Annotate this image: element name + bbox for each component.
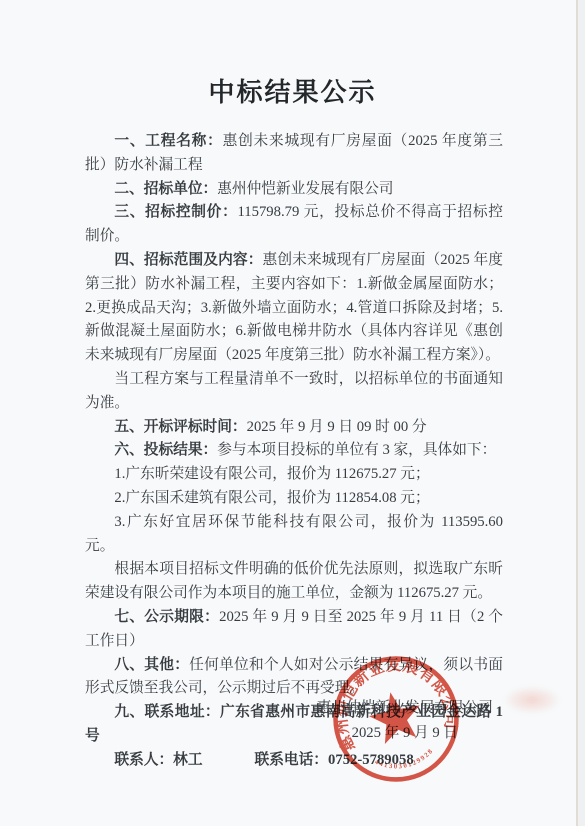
bidder-2: 2.广东国禾建筑有限公司，报价为 112854.08 元； — [85, 487, 503, 511]
paragraph-opening-time: 五、开标评标时间：2025 年 9 月 9 日 09 时 00 分 — [85, 416, 503, 440]
bidder-1: 1.广东昕荣建设有限公司，报价为 112675.27 元； — [85, 463, 503, 487]
paragraph-label: 四、招标范围及内容： — [114, 252, 262, 268]
ink-smudge — [503, 686, 561, 714]
paragraph-text: 2.广东国禾建筑有限公司，报价为 112854.08 元； — [114, 490, 429, 506]
paragraph-label: 五、开标评标时间： — [114, 419, 246, 435]
paragraph-label: 八、其他： — [114, 657, 189, 673]
paragraph-control-price: 三、招标控制价：115798.79 元，投标总价不得高于招标控制价。 — [85, 201, 503, 249]
paragraph-tender-unit: 二、招标单位：惠州仲恺新业发展有限公司 — [85, 178, 503, 202]
contact-phone-label: 联系电话： — [255, 752, 328, 768]
paragraph-label: 二、招标单位： — [114, 181, 217, 197]
paragraph-text: 1.广东昕荣建设有限公司，报价为 112675.27 元； — [114, 466, 429, 482]
scan-edge-strip — [578, 0, 585, 826]
paragraph-text: 2025 年 9 月 9 日 09 时 00 分 — [247, 419, 427, 435]
paragraph-note: 当工程方案与工程量清单不一致时，以招标单位的书面通知为准。 — [85, 368, 503, 416]
seal-star-icon — [365, 687, 426, 746]
paragraph-text: 惠创未来城现有厂房屋面（2025 年度第三批）防水补漏工程，主要内容如下：1.新… — [85, 252, 503, 363]
paragraph-label: 一、工程名称： — [114, 133, 222, 149]
paragraph-winner: 根据本项目招标文件明确的低价优先法原则，拟选取广东昕荣建设有限公司作为本项目的施… — [85, 558, 503, 606]
page-title: 中标结果公示 — [0, 72, 585, 109]
paragraph-label: 六、投标结果： — [114, 442, 217, 458]
paragraph-text: 根据本项目招标文件明确的低价优先法原则，拟选取广东昕荣建设有限公司作为本项目的施… — [85, 561, 503, 601]
contact-person-label: 联系人： — [114, 752, 173, 768]
paragraph-label: 七、公示期限： — [114, 609, 219, 625]
paragraph-label: 九、联系地址： — [114, 704, 220, 720]
announcement-page: 中标结果公示 一、工程名称：惠创未来城现有厂房屋面（2025 年度第三批）防水补… — [0, 0, 585, 826]
paragraph-project-name: 一、工程名称：惠创未来城现有厂房屋面（2025 年度第三批）防水补漏工程 — [85, 130, 503, 178]
paragraph-text: 惠州仲恺新业发展有限公司 — [217, 181, 393, 197]
paragraph-text: 当工程方案与工程量清单不一致时，以招标单位的书面通知为准。 — [85, 371, 503, 411]
bidder-3: 3.广东好宜居环保节能科技有限公司，报价为 113595.60 元。 — [85, 511, 503, 559]
paragraph-text: 3.广东好宜居环保节能科技有限公司，报价为 113595.60 元。 — [85, 514, 503, 554]
paragraph-bid-results: 六、投标结果：参与本项目投标的单位有 3 家，具体如下： — [85, 439, 503, 463]
contact-person: 林工 — [173, 752, 202, 768]
paragraph-label: 三、招标控制价： — [114, 204, 237, 220]
paragraph-scope: 四、招标范围及内容：惠创未来城现有厂房屋面（2025 年度第三批）防水补漏工程，… — [85, 249, 503, 368]
company-seal: 惠州仲恺新业发展有限公司 4413030129928 — [319, 642, 473, 796]
paragraph-text: 参与本项目投标的单位有 3 家，具体如下： — [217, 442, 496, 458]
